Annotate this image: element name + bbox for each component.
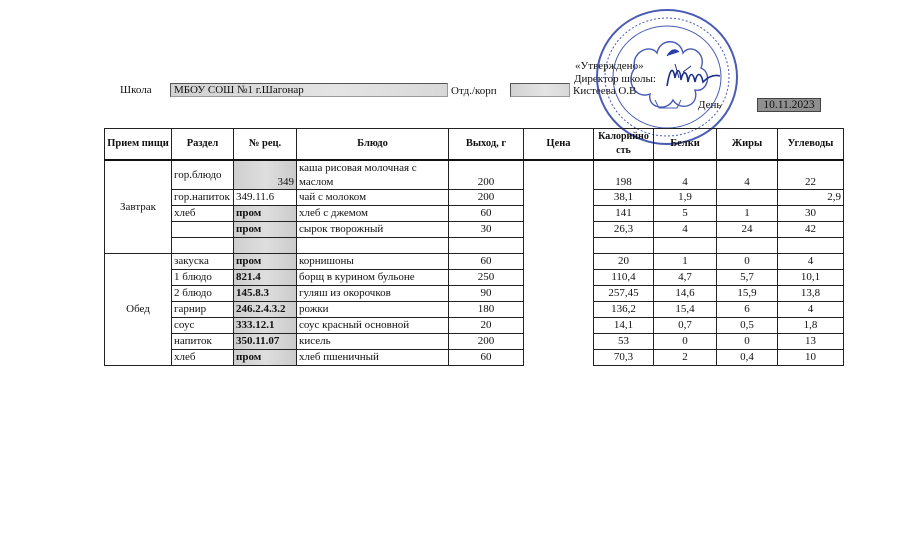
fat-cell: 0 <box>717 254 778 270</box>
fat-cell: 5,7 <box>717 270 778 286</box>
dish-cell: гуляш из окорочков <box>297 286 449 302</box>
protein-cell: 4 <box>654 160 717 190</box>
section-cell: хлеб <box>172 350 234 366</box>
table-row: соус 333.12.1 соус красный основной 20 1… <box>105 318 844 334</box>
price-cell <box>524 160 594 190</box>
carbs-cell: 2,9 <box>778 190 844 206</box>
table-row: хлеб пром хлеб с джемом 60 141 5 1 30 <box>105 206 844 222</box>
fat-cell: 0,5 <box>717 318 778 334</box>
kcal-cell: 198 <box>594 160 654 190</box>
col-recipe: № рец. <box>234 129 297 161</box>
protein-cell: 5 <box>654 206 717 222</box>
table-row: Завтрак гор.блюдо 349 каша рисовая молоч… <box>105 160 844 190</box>
price-cell <box>524 270 594 286</box>
protein-cell: 4,7 <box>654 270 717 286</box>
section-cell: 1 блюдо <box>172 270 234 286</box>
yield-cell: 90 <box>449 286 524 302</box>
protein-cell: 14,6 <box>654 286 717 302</box>
price-cell <box>524 286 594 302</box>
kcal-cell: 110,4 <box>594 270 654 286</box>
kcal-cell: 14,1 <box>594 318 654 334</box>
protein-cell: 2 <box>654 350 717 366</box>
section-cell: гарнир <box>172 302 234 318</box>
col-carbs: Углеводы <box>778 129 844 161</box>
recipe-cell: 349.11.6 <box>234 190 297 206</box>
yield-cell: 180 <box>449 302 524 318</box>
col-yield: Выход, г <box>449 129 524 161</box>
recipe-cell <box>234 238 297 254</box>
col-fat: Жиры <box>717 129 778 161</box>
price-cell <box>524 238 594 254</box>
col-meal: Прием пищи <box>105 129 172 161</box>
table-row: хлеб пром хлеб пшеничный 60 70,3 2 0,4 1… <box>105 350 844 366</box>
section-cell <box>172 238 234 254</box>
meal-name: Обед <box>105 254 172 366</box>
protein-cell: 1 <box>654 254 717 270</box>
col-dish: Блюдо <box>297 129 449 161</box>
kcal-cell: 257,45 <box>594 286 654 302</box>
protein-cell: 0 <box>654 334 717 350</box>
school-field: МБОУ СОШ №1 г.Шагонар <box>170 83 448 97</box>
kcal-cell: 26,3 <box>594 222 654 238</box>
dish-cell: чай с молоком <box>297 190 449 206</box>
carbs-cell: 22 <box>778 160 844 190</box>
dish-cell: рожки <box>297 302 449 318</box>
col-protein: Белки <box>654 129 717 161</box>
price-cell <box>524 206 594 222</box>
fat-cell: 6 <box>717 302 778 318</box>
yield-cell: 60 <box>449 350 524 366</box>
yield-cell: 20 <box>449 318 524 334</box>
dish-cell: кисель <box>297 334 449 350</box>
kcal-cell: 20 <box>594 254 654 270</box>
menu-table: Прием пищи Раздел № рец. Блюдо Выход, г … <box>104 128 844 366</box>
fat-cell <box>717 190 778 206</box>
protein-cell: 4 <box>654 222 717 238</box>
fat-cell <box>717 238 778 254</box>
otd-label: Отд./корп <box>451 85 497 97</box>
yield-cell <box>449 238 524 254</box>
recipe-cell: 246.2.4.3.2 <box>234 302 297 318</box>
section-cell: гор.напиток <box>172 190 234 206</box>
price-cell <box>524 190 594 206</box>
carbs-cell: 30 <box>778 206 844 222</box>
yield-cell: 200 <box>449 160 524 190</box>
carbs-cell: 4 <box>778 254 844 270</box>
section-cell: соус <box>172 318 234 334</box>
recipe-cell: пром <box>234 222 297 238</box>
kcal-cell: 136,2 <box>594 302 654 318</box>
yield-cell: 60 <box>449 206 524 222</box>
recipe-cell: 349 <box>234 160 297 190</box>
price-cell <box>524 302 594 318</box>
dish-cell <box>297 238 449 254</box>
col-price: Цена <box>524 129 594 161</box>
dish-cell: каша рисовая молочная с маслом <box>297 160 449 190</box>
carbs-cell: 13 <box>778 334 844 350</box>
yield-cell: 200 <box>449 334 524 350</box>
carbs-cell: 10 <box>778 350 844 366</box>
section-cell: 2 блюдо <box>172 286 234 302</box>
table-row <box>105 238 844 254</box>
kcal-cell: 141 <box>594 206 654 222</box>
table-row: 1 блюдо 821.4 борщ в курином бульоне 250… <box>105 270 844 286</box>
carbs-cell: 13,8 <box>778 286 844 302</box>
fat-cell: 4 <box>717 160 778 190</box>
dish-cell: соус красный основной <box>297 318 449 334</box>
fat-cell: 1 <box>717 206 778 222</box>
protein-cell: 0,7 <box>654 318 717 334</box>
dish-cell: корнишоны <box>297 254 449 270</box>
recipe-cell: пром <box>234 206 297 222</box>
meal-name: Завтрак <box>105 160 172 254</box>
table-row: пром сырок творожный 30 26,3 4 24 42 <box>105 222 844 238</box>
section-cell: напиток <box>172 334 234 350</box>
dish-cell: хлеб пшеничный <box>297 350 449 366</box>
fat-cell: 0 <box>717 334 778 350</box>
recipe-cell: 333.12.1 <box>234 318 297 334</box>
carbs-cell <box>778 238 844 254</box>
table-row: напиток 350.11.07 кисель 200 53 0 0 13 <box>105 334 844 350</box>
dish-cell: борщ в курином бульоне <box>297 270 449 286</box>
section-cell: закуска <box>172 254 234 270</box>
kcal-cell: 38,1 <box>594 190 654 206</box>
recipe-cell: 821.4 <box>234 270 297 286</box>
section-cell: хлеб <box>172 206 234 222</box>
price-cell <box>524 254 594 270</box>
yield-cell: 200 <box>449 190 524 206</box>
protein-cell <box>654 238 717 254</box>
dish-cell: сырок творожный <box>297 222 449 238</box>
price-cell <box>524 318 594 334</box>
carbs-cell: 1,8 <box>778 318 844 334</box>
recipe-cell: пром <box>234 350 297 366</box>
carbs-cell: 4 <box>778 302 844 318</box>
section-cell <box>172 222 234 238</box>
recipe-cell: 350.11.07 <box>234 334 297 350</box>
price-cell <box>524 350 594 366</box>
otd-field <box>510 83 570 97</box>
dish-cell: хлеб с джемом <box>297 206 449 222</box>
carbs-cell: 42 <box>778 222 844 238</box>
kcal-cell: 53 <box>594 334 654 350</box>
kcal-cell <box>594 238 654 254</box>
table-row: гор.напиток 349.11.6 чай с молоком 200 3… <box>105 190 844 206</box>
fat-cell: 15,9 <box>717 286 778 302</box>
official-stamp-icon <box>595 8 740 146</box>
col-kcal: Калорийность <box>594 129 654 161</box>
table-row: гарнир 246.2.4.3.2 рожки 180 136,2 15,4 … <box>105 302 844 318</box>
table-header: Прием пищи Раздел № рец. Блюдо Выход, г … <box>105 129 844 161</box>
price-cell <box>524 222 594 238</box>
school-label: Школа <box>120 84 152 96</box>
recipe-cell: 145.8.3 <box>234 286 297 302</box>
yield-cell: 60 <box>449 254 524 270</box>
yield-cell: 250 <box>449 270 524 286</box>
table-row: 2 блюдо 145.8.3 гуляш из окорочков 90 25… <box>105 286 844 302</box>
date-field: 10.11.2023 <box>757 98 821 112</box>
fat-cell: 24 <box>717 222 778 238</box>
carbs-cell: 10,1 <box>778 270 844 286</box>
yield-cell: 30 <box>449 222 524 238</box>
fat-cell: 0,4 <box>717 350 778 366</box>
section-cell: гор.блюдо <box>172 160 234 190</box>
table-row: Обед закуска пром корнишоны 60 20 1 0 4 <box>105 254 844 270</box>
protein-cell: 1,9 <box>654 190 717 206</box>
kcal-cell: 70,3 <box>594 350 654 366</box>
protein-cell: 15,4 <box>654 302 717 318</box>
price-cell <box>524 334 594 350</box>
recipe-cell: пром <box>234 254 297 270</box>
col-section: Раздел <box>172 129 234 161</box>
